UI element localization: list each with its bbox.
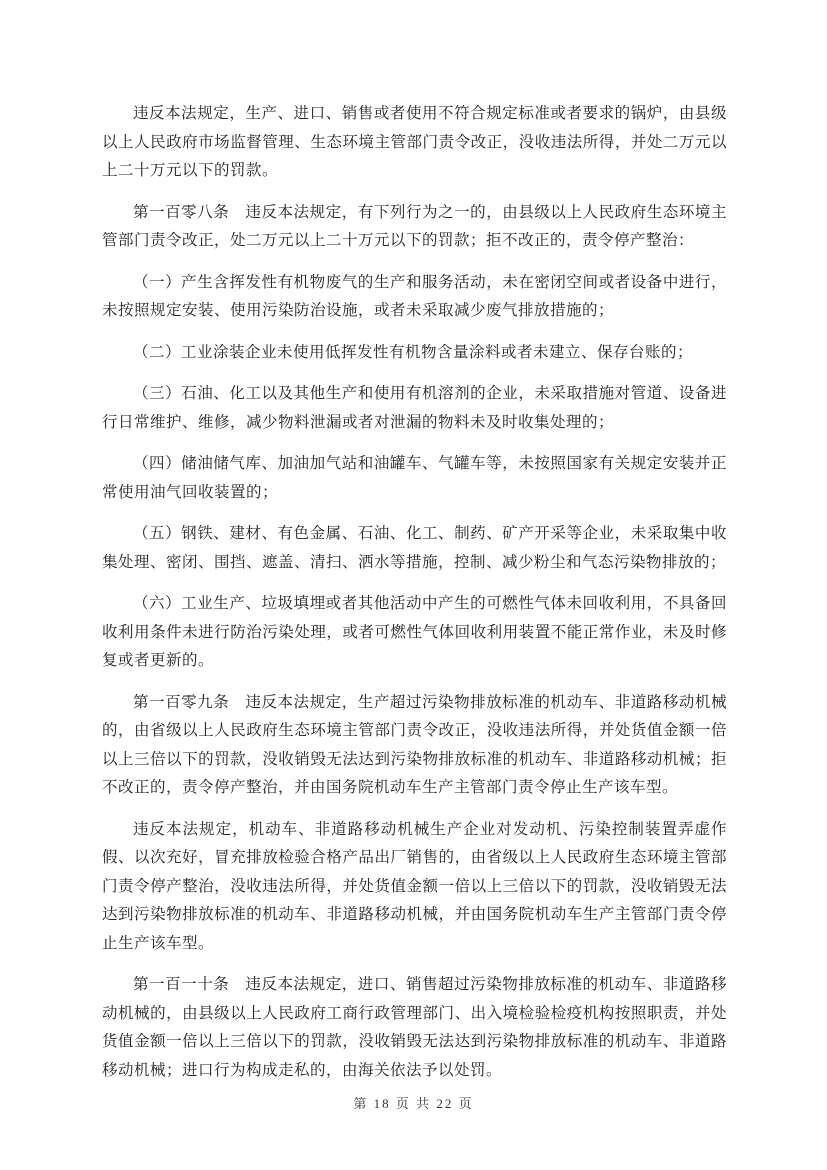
- list-item-5: （五）钢铁、建材、有色金属、石油、化工、制药、矿产开采等企业，未采取集中收集处理…: [102, 520, 727, 577]
- paragraph-boiler-penalty: 违反本法规定，生产、进口、销售或者使用不符合规定标准或者要求的锅炉，由县级以上人…: [102, 100, 727, 186]
- paragraph-article-108: 第一百零八条 违反本法规定，有下列行为之一的，由县级以上人民政府生态环境主管部门…: [102, 199, 727, 256]
- list-item-1: （一）产生含挥发性有机物废气的生产和服务活动，未在密闭空间或者设备中进行，未按照…: [102, 269, 727, 326]
- list-item-2: （二）工业涂装企业未使用低挥发性有机物含量涂料或者未建立、保存台账的；: [102, 339, 727, 368]
- document-body: 违反本法规定，生产、进口、销售或者使用不符合规定标准或者要求的锅炉，由县级以上人…: [102, 100, 727, 1085]
- paragraph-article-110: 第一百一十条 违反本法规定，进口、销售超过污染物排放标准的机动车、非道路移动机械…: [102, 971, 727, 1085]
- paragraph-vehicle-fraud: 违反本法规定，机动车、非道路移动机械生产企业对发动机、污染控制装置弄虚作假、以次…: [102, 816, 727, 959]
- page-number-footer: 第 18 页 共 22 页: [0, 1093, 827, 1112]
- paragraph-article-109: 第一百零九条 违反本法规定，生产超过污染物排放标准的机动车、非道路移动机械的，由…: [102, 689, 727, 803]
- list-item-6: （六）工业生产、垃圾填埋或者其他活动中产生的可燃性气体未回收利用，不具备回收利用…: [102, 590, 727, 676]
- list-item-3: （三）石油、化工以及其他生产和使用有机溶剂的企业，未采取措施对管道、设备进行日常…: [102, 380, 727, 437]
- document-page: 违反本法规定，生产、进口、销售或者使用不符合规定标准或者要求的锅炉，由县级以上人…: [0, 0, 827, 1170]
- list-item-4: （四）储油储气库、加油加气站和油罐车、气罐车等，未按照国家有关规定安装并正常使用…: [102, 450, 727, 507]
